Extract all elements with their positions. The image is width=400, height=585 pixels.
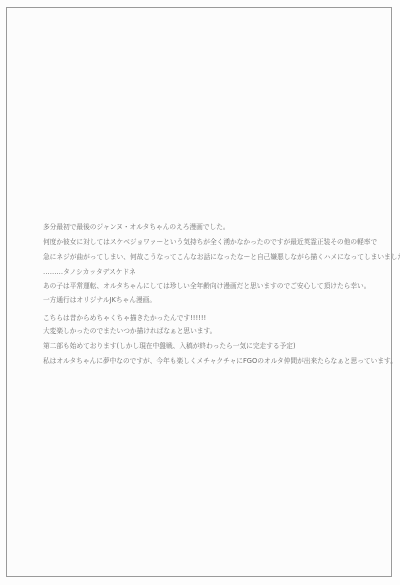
text-line: 急にネジが曲がってしまい、何故こうなってこんなお話になったなーと自己嫌悪しながら… <box>43 251 400 261</box>
text-line: 私はオルタちゃんに夢中なのですが、今年も楽しくメチャクチャにFGOのオルタ仲間が… <box>43 355 397 365</box>
scanned-page: 多分最初で最後のジャンヌ・オルタちゃんのえろ漫画でした。 何度か彼女に対してはス… <box>0 0 400 585</box>
text-line: 一方通行はオリジナルJKちゃん漫画。 <box>43 294 156 304</box>
text-line: こちらは昔からめちゃくちゃ描きたかったんです!!!!!! <box>43 312 206 322</box>
text-line: 多分最初で最後のジャンヌ・オルタちゃんのえろ漫画でした。 <box>43 221 230 231</box>
page-border: 多分最初で最後のジャンヌ・オルタちゃんのえろ漫画でした。 何度か彼女に対してはス… <box>6 7 392 577</box>
text-line: 何度か彼女に対してはスケベジョワァーという気持ちが全く湧かなかったのですが最近英… <box>43 236 377 246</box>
text-line: あの子は平常運転、オルタちゃんにしては珍しい全年齢向け漫画だと思いますのでご安心… <box>43 280 370 290</box>
text-line: ………タノシカッタデスケドネ <box>43 266 136 276</box>
text-line: 第二部も始めております(しかし現在中盤戦、入稿が終わったら一気に完走する予定) <box>43 340 296 350</box>
text-line: 大変楽しかったのでまたいつか描ければなぁと思います。 <box>43 325 216 335</box>
